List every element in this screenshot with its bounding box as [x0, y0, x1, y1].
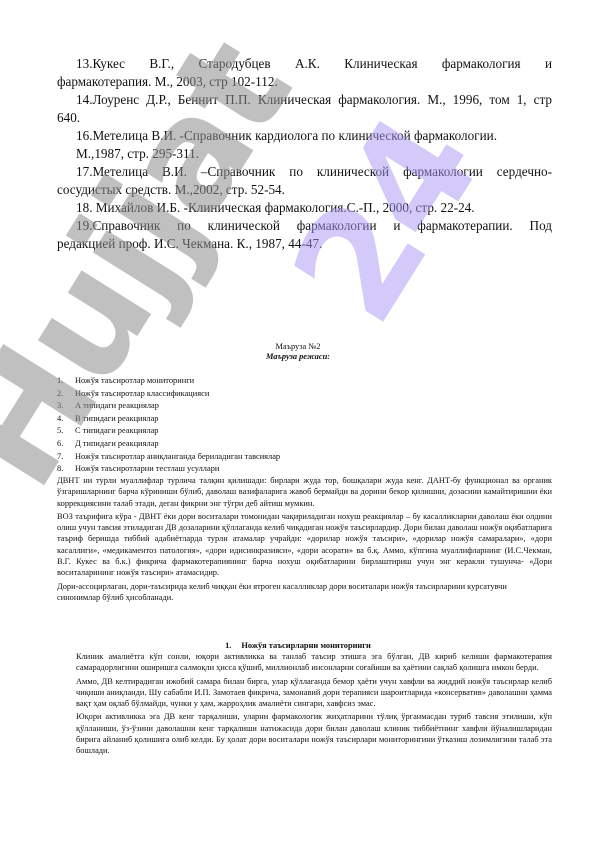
- section-title-text: Ножўя таъсирларни мониторинги: [241, 641, 371, 650]
- plan-item: 3.А типидаги реакциялар: [57, 400, 280, 413]
- reference-item-cont: редакцией проф. И.С. Чекмана. К., 1987, …: [57, 236, 552, 252]
- section-body: Клиник амалиётга кўп сонли, юқори активл…: [76, 651, 552, 759]
- lecture-title: Маъруза №2: [0, 342, 596, 351]
- reference-item-cont: фармакотерапия. М., 2003, стр 102-112.: [57, 74, 552, 90]
- plan-item-number: 5.: [57, 425, 75, 438]
- plan-item-text: Ножўя таъсиротлар классификацияси: [75, 388, 209, 401]
- plan-item-text: В типидаги реакциялар: [75, 413, 158, 426]
- document-page: 13.Кукес В.Г., Стародубцев А.К. Клиничес…: [0, 0, 596, 842]
- plan-item: 1.Ножўя таъсиротлар мониторинги: [57, 375, 280, 388]
- reference-item-cont: М.,1987, стр. 295-311.: [57, 146, 552, 162]
- plan-item-text: Ножўя таъсиротлар аниқланганда бериладиг…: [75, 451, 280, 464]
- plan-item: 6.Д типидаги реакциялар: [57, 438, 280, 451]
- plan-item-number: 4.: [57, 413, 75, 426]
- plan-item-number: 8.: [57, 463, 75, 476]
- reference-item: 19.Справочник по клинической фармакологи…: [57, 218, 552, 234]
- plan-item: 2.Ножўя таъсиротлар классификацияси: [57, 388, 280, 401]
- reference-list: 13.Кукес В.Г., Стародубцев А.К. Клиничес…: [57, 56, 552, 254]
- lecture-plan-title: Маъруза режаси:: [0, 352, 596, 361]
- paragraph: Юқори активликка эга ДВ кенг тарқалиши, …: [76, 711, 552, 756]
- plan-item-text: Ножўя таъсиротлар мониторинги: [75, 375, 194, 388]
- reference-item: 18. Михайлов И.Б. -Клиническая фармаколо…: [57, 200, 552, 216]
- plan-item-text: Ножўя таъсиротларни тестлаш усуллари: [75, 463, 219, 476]
- reference-item-cont: сосудистых средств. М.,2002, стр. 52-54.: [57, 182, 552, 198]
- reference-item: 13.Кукес В.Г., Стародубцев А.К. Клиничес…: [57, 56, 552, 72]
- paragraph: ДВНТ ни турли муаллифлар турлича талқин …: [57, 475, 552, 509]
- reference-item: 17.Метелица В.И. –Справочник по клиничес…: [57, 164, 552, 180]
- section-number: 1.: [225, 641, 231, 650]
- paragraph: Аммо, ДВ келтирадиган ижобий самара била…: [76, 676, 552, 710]
- plan-item: 8.Ножўя таъсиротларни тестлаш усуллари: [57, 463, 280, 476]
- lecture-plan-list: 1.Ножўя таъсиротлар мониторинги 2.Ножўя …: [57, 375, 280, 476]
- paragraph: ВОЗ таърифига кўра - ДВНТ ёки дори восит…: [57, 511, 552, 579]
- paragraph: Дори-ассоцирлаган, дори-таъсирида келиб …: [57, 581, 552, 604]
- lecture-intro: ДВНТ ни турли муаллифлар турлича талқин …: [57, 475, 552, 605]
- plan-item-number: 6.: [57, 438, 75, 451]
- reference-item: 14.Лоуренс Д.Р., Беннит П.П. Клиническая…: [57, 92, 552, 108]
- plan-item-number: 7.: [57, 451, 75, 464]
- reference-item-cont: 640.: [57, 110, 552, 126]
- plan-item-number: 1.: [57, 375, 75, 388]
- plan-item: 7.Ножўя таъсиротлар аниқланганда берилад…: [57, 451, 280, 464]
- plan-item-text: А типидаги реакциялар: [75, 400, 159, 413]
- section-heading: 1.Ножўя таъсирларни мониторинги: [0, 641, 596, 650]
- plan-item-text: Д типидаги реакциялар: [75, 438, 159, 451]
- paragraph: Клиник амалиётга кўп сонли, юқори активл…: [76, 651, 552, 674]
- reference-item: 16.Метелица В.И. -Справочник кардиолога …: [57, 128, 552, 144]
- plan-item-number: 2.: [57, 388, 75, 401]
- plan-item-text: С типидаги реакциялар: [75, 425, 158, 438]
- plan-item: 4.В типидаги реакциялар: [57, 413, 280, 426]
- plan-item-number: 3.: [57, 400, 75, 413]
- plan-item: 5.С типидаги реакциялар: [57, 425, 280, 438]
